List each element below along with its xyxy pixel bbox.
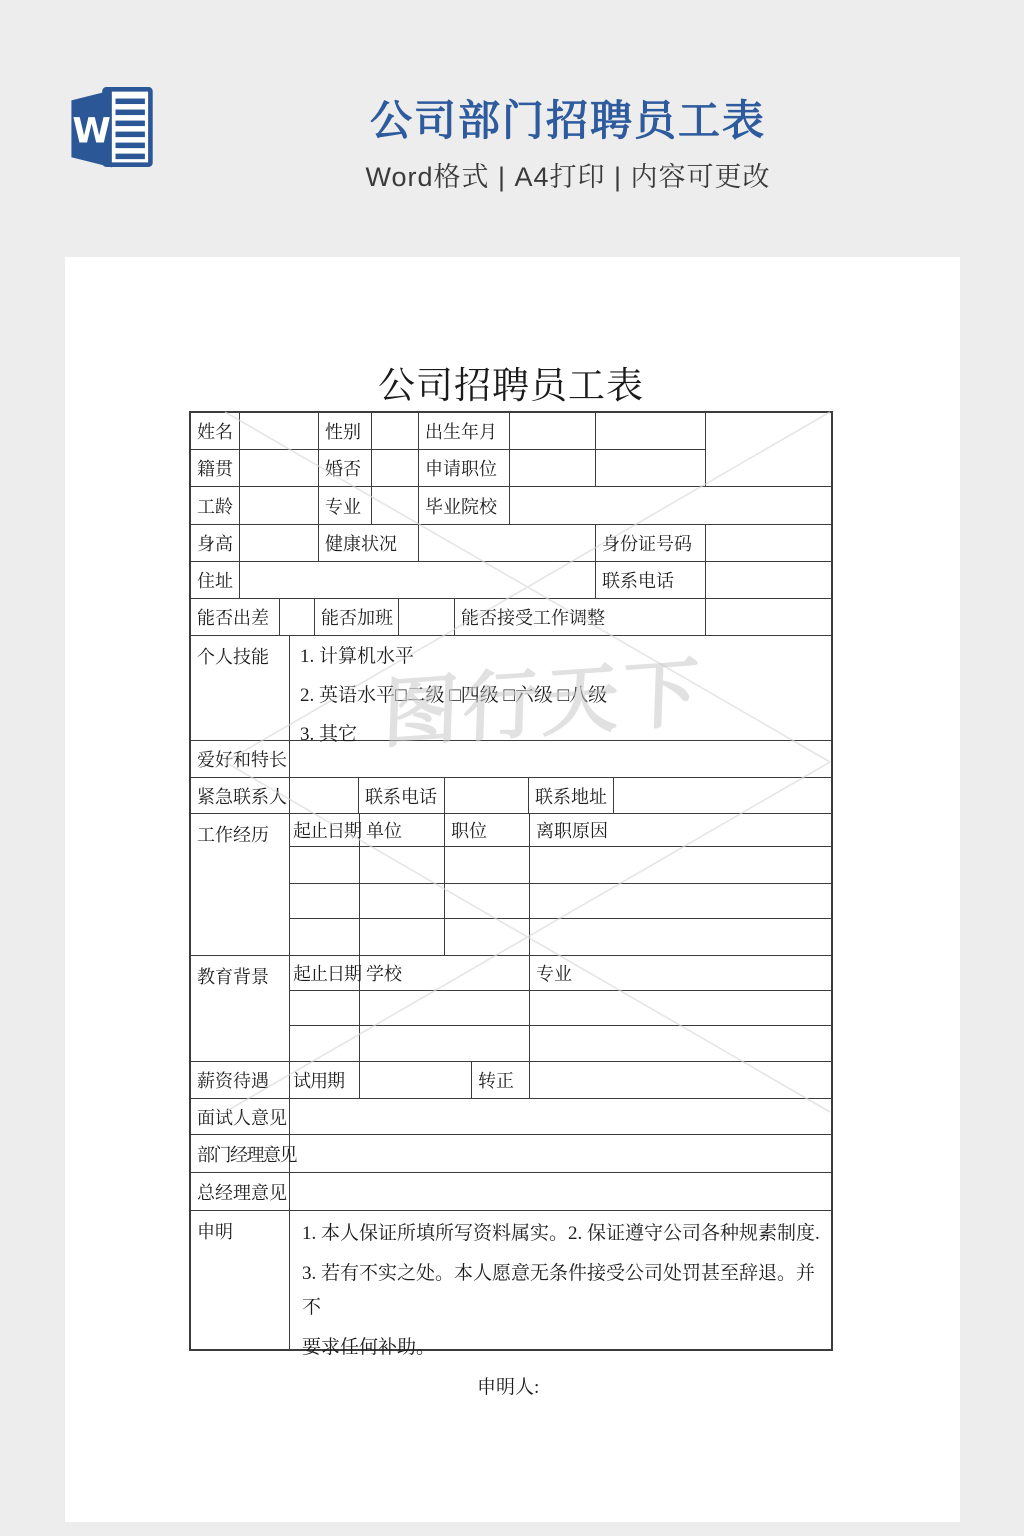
adjust-value-cell xyxy=(706,599,831,636)
regular-value-cell xyxy=(530,1062,831,1099)
education-label-span xyxy=(191,1026,290,1062)
work-col-position: 职位 xyxy=(445,814,530,847)
education-col-major: 专业 xyxy=(530,956,831,991)
phone-value-cell xyxy=(706,562,831,599)
school-label: 毕业院校 xyxy=(419,487,510,525)
health-label: 健康状况 xyxy=(319,525,419,562)
skill-line-2: 2. 英语水平□二级 □四级 □六级 □八级 xyxy=(290,675,831,714)
education-label: 教育背景 xyxy=(191,956,290,991)
work-unit-cell xyxy=(360,884,445,919)
emergency-phone-value-cell xyxy=(445,778,529,814)
education-school-cell xyxy=(360,1026,530,1062)
emergency-value-cell xyxy=(290,778,359,814)
statement-line-3: 要求任何补助。 xyxy=(290,1325,831,1365)
photo-cell xyxy=(706,450,831,487)
table-row: 面试人意见 xyxy=(191,1099,831,1135)
recruitment-form-table: 姓名 性别 出生年月 籍贯 婚否 申请职位 工龄 专业 毕业院校 xyxy=(189,411,833,1351)
gender-label: 性别 xyxy=(319,413,372,450)
education-label-span xyxy=(191,991,290,1026)
address-label: 住址 xyxy=(191,562,240,599)
table-row: 部门经理意见 xyxy=(191,1135,831,1173)
name-value-cell xyxy=(240,413,319,450)
work-position-cell xyxy=(445,884,530,919)
table-row xyxy=(191,884,831,919)
name-label: 姓名 xyxy=(191,413,240,450)
education-date-cell xyxy=(290,991,360,1026)
work-label-span xyxy=(191,919,290,956)
travel-label: 能否出差 xyxy=(191,599,280,636)
table-row: 薪资待遇 试用期 转正 xyxy=(191,1062,831,1099)
overtime-label: 能否加班 xyxy=(315,599,399,636)
statement-label: 申明 xyxy=(191,1211,290,1349)
general-manager-opinion-cell xyxy=(290,1173,831,1211)
marital-label: 婚否 xyxy=(319,450,372,487)
health-value-cell xyxy=(419,525,596,562)
regular-label: 转正 xyxy=(472,1062,530,1099)
birth-label: 出生年月 xyxy=(419,413,510,450)
blank-cell xyxy=(596,450,706,487)
gender-value-cell xyxy=(372,413,419,450)
work-col-date: 起止日期 xyxy=(290,814,360,847)
skills-label: 个人技能 xyxy=(191,636,290,741)
table-row: 身高 健康状况 身份证号码 xyxy=(191,525,831,562)
header: W 公司部门招聘员工表 Word格式 | A4打印 | 内容可更改 xyxy=(0,0,1024,257)
table-row: 个人技能 1. 计算机水平 2. 英语水平□二级 □四级 □六级 □八级 3. … xyxy=(191,636,831,741)
probation-value-cell xyxy=(360,1062,472,1099)
dept-manager-opinion-cell xyxy=(290,1135,831,1173)
statement-line-2: 3. 若有不实之处。本人愿意无条件接受公司处罚甚至辞退。并不 xyxy=(290,1251,831,1325)
work-unit-cell xyxy=(360,919,445,956)
adjust-label: 能否接受工作调整 xyxy=(455,599,706,636)
emergency-address-label: 联系地址 xyxy=(529,778,614,814)
work-label-span xyxy=(191,884,290,919)
table-row: 能否出差 能否加班 能否接受工作调整 xyxy=(191,599,831,636)
dept-manager-opinion-label: 部门经理意见 xyxy=(191,1135,290,1173)
education-school-cell xyxy=(360,991,530,1026)
table-row: 姓名 性别 出生年月 xyxy=(191,413,831,450)
table-row: 工作经历 起止日期 单位 职位 离职原因 xyxy=(191,814,831,847)
origin-label: 籍贯 xyxy=(191,450,240,487)
phone-label: 联系电话 xyxy=(596,562,706,599)
education-col-school: 学校 xyxy=(360,956,530,991)
height-label: 身高 xyxy=(191,525,240,562)
position-label: 申请职位 xyxy=(419,450,510,487)
id-label: 身份证号码 xyxy=(596,525,706,562)
position-value-cell xyxy=(510,450,596,487)
work-date-cell xyxy=(290,919,360,956)
birth-value-cell xyxy=(510,413,596,450)
work-col-unit: 单位 xyxy=(360,814,445,847)
address-value-cell xyxy=(240,562,596,599)
table-row: 紧急联系人 联系电话 联系地址 xyxy=(191,778,831,814)
photo-cell xyxy=(706,413,831,450)
page-root: { "colors": { "background": "#ededed", "… xyxy=(0,0,1024,1536)
education-major-cell xyxy=(530,1026,831,1062)
height-value-cell xyxy=(240,525,319,562)
education-major-cell xyxy=(530,991,831,1026)
work-label: 工作经历 xyxy=(191,814,290,847)
general-manager-opinion-label: 总经理意见 xyxy=(191,1173,290,1211)
work-col-reason: 离职原因 xyxy=(530,814,831,847)
work-reason-cell xyxy=(530,919,831,956)
work-date-cell xyxy=(290,884,360,919)
origin-value-cell xyxy=(240,450,319,487)
skills-content-cell: 1. 计算机水平 2. 英语水平□二级 □四级 □六级 □八级 3. 其它 xyxy=(290,636,831,741)
table-row xyxy=(191,847,831,884)
page-title: 公司部门招聘员工表 xyxy=(112,88,1024,148)
table-row: 总经理意见 xyxy=(191,1173,831,1211)
education-col-date: 起止日期 xyxy=(290,956,360,991)
interviewer-opinion-label: 面试人意见 xyxy=(191,1099,290,1135)
travel-value-cell xyxy=(280,599,315,636)
salary-label: 薪资待遇 xyxy=(191,1062,290,1099)
page-subtitle: Word格式 | A4打印 | 内容可更改 xyxy=(112,155,1024,194)
table-row xyxy=(191,919,831,956)
overtime-value-cell xyxy=(399,599,455,636)
table-row xyxy=(191,991,831,1026)
table-row: 住址 联系电话 xyxy=(191,562,831,599)
years-value-cell xyxy=(240,487,319,525)
table-row: 教育背景 起止日期 学校 专业 xyxy=(191,956,831,991)
statement-line-1: 1. 本人保证所填所写资料属实。2. 保证遵守公司各种规素制度. xyxy=(290,1211,831,1251)
table-row: 工龄 专业 毕业院校 xyxy=(191,487,831,525)
work-unit-cell xyxy=(360,847,445,884)
hobby-value-cell xyxy=(290,741,831,778)
skill-line-1: 1. 计算机水平 xyxy=(290,636,831,675)
major-label: 专业 xyxy=(319,487,372,525)
work-reason-cell xyxy=(530,847,831,884)
statement-signer-label: 申明人: xyxy=(477,1377,539,1398)
table-row: 籍贯 婚否 申请职位 xyxy=(191,450,831,487)
table-row: 申明 1. 本人保证所填所写资料属实。2. 保证遵守公司各种规素制度. 3. 若… xyxy=(191,1211,831,1349)
major-value-cell xyxy=(372,487,419,525)
table-row: 爱好和特长 xyxy=(191,741,831,778)
interviewer-opinion-cell xyxy=(290,1099,831,1135)
years-label: 工龄 xyxy=(191,487,240,525)
hobby-label: 爱好和特长 xyxy=(191,741,290,778)
blank-cell xyxy=(596,413,706,450)
marital-value-cell xyxy=(372,450,419,487)
probation-label: 试用期 xyxy=(290,1062,360,1099)
id-value-cell xyxy=(706,525,831,562)
work-label-span xyxy=(191,847,290,884)
work-position-cell xyxy=(445,919,530,956)
statement-content-cell: 1. 本人保证所填所写资料属实。2. 保证遵守公司各种规素制度. 3. 若有不实… xyxy=(290,1211,831,1349)
word-letter: W xyxy=(72,112,110,152)
emergency-address-value-cell xyxy=(614,778,831,814)
emergency-label: 紧急联系人 xyxy=(191,778,290,814)
work-date-cell xyxy=(290,847,360,884)
document-page: 公司招聘员工表 姓名 性别 出生年月 籍贯 婚否 申请职位 工龄 xyxy=(65,257,960,1522)
form-title: 公司招聘员工表 xyxy=(189,355,833,409)
education-date-cell xyxy=(290,1026,360,1062)
work-position-cell xyxy=(445,847,530,884)
table-row xyxy=(191,1026,831,1062)
emergency-phone-label: 联系电话 xyxy=(359,778,445,814)
work-reason-cell xyxy=(530,884,831,919)
school-value-cell xyxy=(510,487,831,525)
